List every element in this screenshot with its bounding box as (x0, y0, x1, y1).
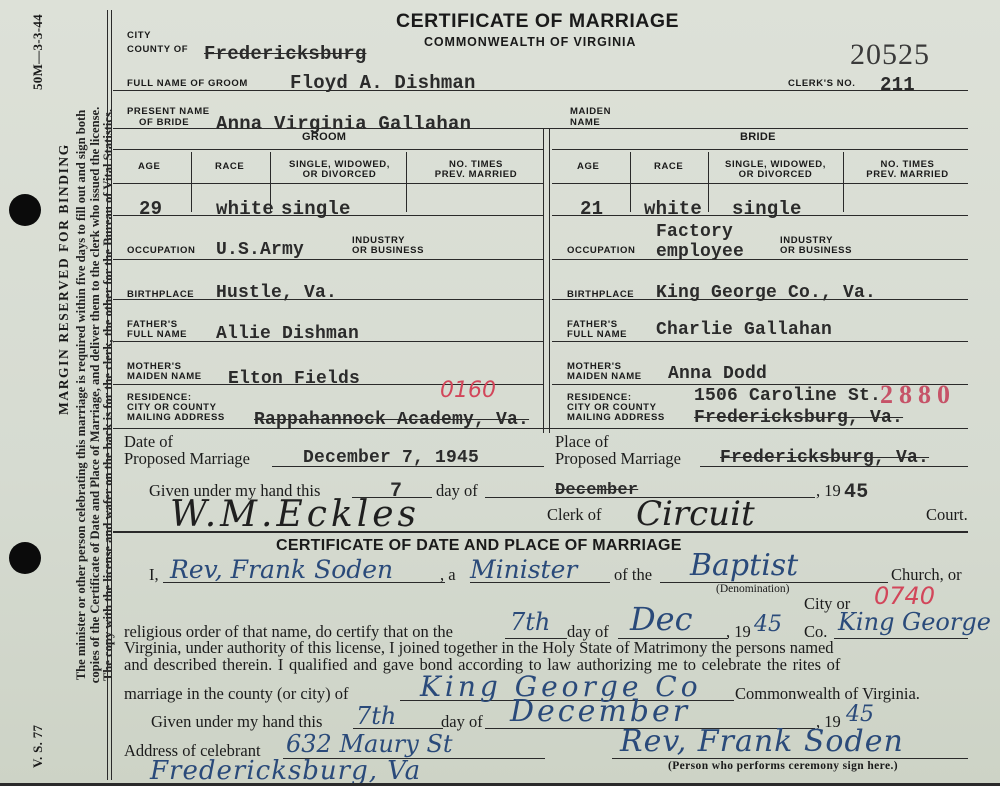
address-line2: Fredericksburg, Va (150, 756, 421, 786)
ceremony-heading: CERTIFICATE OF DATE AND PLACE OF MARRIAG… (276, 537, 682, 555)
clerk-given-month: December (555, 481, 638, 500)
certificate-number: 20525 (850, 38, 930, 72)
rule (113, 299, 543, 300)
bride-birthplace: King George Co., Va. (656, 283, 876, 303)
rule (552, 215, 968, 216)
signature-caption: (Person who performs ceremony sign here.… (668, 760, 898, 772)
court-label: Court. (926, 505, 968, 525)
margin-instructions: The minister or other person celebrating… (75, 45, 116, 745)
rule (113, 531, 968, 533)
bride-residence-line2: Fredericksburg, Va. (694, 408, 903, 428)
groom-residence-code: 0160 (440, 378, 496, 403)
rule (113, 215, 543, 216)
bride-mother-label: Mother'sMaiden Name (567, 362, 642, 382)
place-label2: Proposed Marriage (555, 449, 681, 469)
celebrant-given-day: 7th (356, 702, 396, 730)
maiden-name-label: MaidenName (570, 106, 611, 128)
bride-occupation-label: Occupation (567, 246, 635, 256)
groom-status: single (281, 198, 351, 220)
bride-residence-code: 2880 (880, 380, 956, 410)
bride-industry-label: Industryor Business (780, 236, 852, 256)
proposed-date: December 7, 1945 (303, 448, 479, 468)
ceremony-i: I, (149, 565, 159, 585)
proposed-place: Fredericksburg, Va. (720, 448, 929, 468)
margin-heading: MARGIN RESERVED FOR BINDING (56, 143, 72, 415)
city-label: City (127, 31, 151, 41)
groom-residence: Rappahannock Academy, Va. (254, 410, 529, 430)
bride-present-label2: of Bride (139, 118, 189, 128)
bride-father-label: Father'sFull Name (567, 320, 627, 340)
rule (113, 183, 543, 184)
form-code: 50M—3-3-44 (30, 14, 46, 90)
ceremony-line4: marriage in the county (or city) of (124, 684, 349, 704)
col-divider (191, 152, 192, 212)
rule (113, 128, 968, 129)
clerk-no-value: 211 (880, 74, 915, 96)
denomination-caption: (Denomination) (716, 583, 789, 595)
binding-hole-bottom (9, 542, 41, 574)
celebrant-title: Minister (470, 555, 577, 584)
celebrant-day-of: day of (441, 712, 483, 732)
document-subtitle: COMMONWEALTH OF VIRGINIA (424, 35, 636, 49)
groom-mother-label: Mother'sMaiden Name (127, 362, 202, 382)
rule (552, 341, 968, 342)
celebrant-signature: Rev, Frank Soden (620, 724, 904, 759)
groom-father-label: Father'sFull Name (127, 320, 187, 340)
rule (113, 149, 543, 150)
binding-hole-top (9, 194, 41, 226)
margin-instructions-line2: copies of the Certificate of Date and Pl… (89, 45, 103, 745)
groom-occupation-label: Occupation (127, 246, 195, 256)
groom-age: 29 (139, 198, 162, 220)
bride-present-label: Present Name (127, 107, 210, 117)
bride-times-header: No. TimesPrev. Married (855, 160, 960, 180)
ceremony-month: Dec (630, 600, 693, 638)
rule (113, 259, 543, 260)
ceremony-county: King George (838, 608, 991, 636)
ceremony-county-underline (834, 638, 968, 639)
rule (552, 299, 968, 300)
margin-instructions-line1: The minister or other person celebrating… (75, 45, 89, 745)
bride-age: 21 (580, 198, 603, 220)
rule (552, 259, 968, 260)
rule (552, 183, 968, 184)
bride-status-header: Single, Widowed,or Divorced (718, 160, 833, 180)
left-border-rule-inner (111, 10, 112, 780)
ceremony-of-the: of the (614, 565, 652, 585)
groom-status-header: Single, Widowed,or Divorced (282, 160, 397, 180)
ceremony-year: 45 (754, 612, 782, 637)
bride-mother: Anna Dodd (668, 364, 767, 384)
groom-occupation: U.S.Army (216, 240, 304, 260)
bride-status: single (732, 198, 802, 220)
bride-age-header: Age (577, 162, 599, 172)
groom-heading: GROOM (302, 131, 346, 143)
court-name: Circuit (636, 494, 755, 534)
groom-race-header: Race (215, 162, 244, 172)
clerk-day-of: day of (436, 481, 478, 501)
groom-age-header: Age (138, 162, 160, 172)
county-value: Fredericksburg (204, 43, 366, 65)
col-divider (406, 152, 407, 212)
col-divider (630, 152, 631, 212)
bride-heading: BRIDE (740, 131, 776, 143)
clerk-no-label: Clerk's No. (788, 79, 855, 89)
clerk-of-label: Clerk of (547, 505, 602, 525)
groom-residence-label: Residence:City or CountyMailing Address (127, 393, 225, 423)
commonwealth-label: Commonwealth of Virginia. (735, 684, 920, 704)
marriage-certificate: V. S. 77 50M—3-3-44 MARGIN RESERVED FOR … (0, 0, 1000, 786)
denomination: Baptist (690, 548, 798, 583)
ceremony-day: 7th (510, 608, 550, 636)
groom-name-label: Full Name of Groom (127, 79, 248, 89)
county-label: County of (127, 45, 188, 55)
col-divider (843, 152, 844, 212)
rule (552, 149, 968, 150)
margin-instructions-line3: The copy with the license and wafer on t… (102, 45, 116, 745)
center-divider-inner (549, 128, 550, 433)
clerk-signature: W.M.Eckles (170, 494, 420, 535)
rule (113, 341, 543, 342)
ceremony-a: , a (440, 565, 456, 585)
rule (113, 90, 968, 91)
groom-times-header: No. TimesPrev. Married (420, 160, 532, 180)
groom-race: white (216, 198, 274, 220)
rule (113, 428, 968, 429)
center-divider (543, 128, 544, 433)
groom-industry-label: Industryor Business (352, 236, 424, 256)
bride-father: Charlie Gallahan (656, 320, 832, 340)
bride-occupation-line1: Factory (656, 222, 733, 242)
bride-race: white (644, 198, 702, 220)
groom-mother: Elton Fields (228, 369, 360, 389)
celebrant-given-text: Given under my hand this (151, 712, 322, 732)
left-border-rule (107, 10, 108, 780)
bride-residence-label: Residence:City or CountyMailing Address (567, 393, 665, 423)
form-id: V. S. 77 (30, 725, 46, 768)
bride-residence-line1: 1506 Caroline St. (694, 386, 881, 406)
address-line1: 632 Maury St (286, 730, 453, 758)
clerk-year-prefix: , 19 (816, 481, 841, 501)
bride-race-header: Race (654, 162, 683, 172)
groom-birthplace: Hustle, Va. (216, 283, 337, 303)
location-code: 0740 (874, 582, 935, 610)
date-label2: Proposed Marriage (124, 449, 250, 469)
clerk-given-year: 45 (844, 481, 868, 504)
document-title: CERTIFICATE OF MARRIAGE (396, 10, 679, 33)
celebrant-name: Rev, Frank Soden (170, 555, 393, 584)
col-divider (708, 152, 709, 212)
